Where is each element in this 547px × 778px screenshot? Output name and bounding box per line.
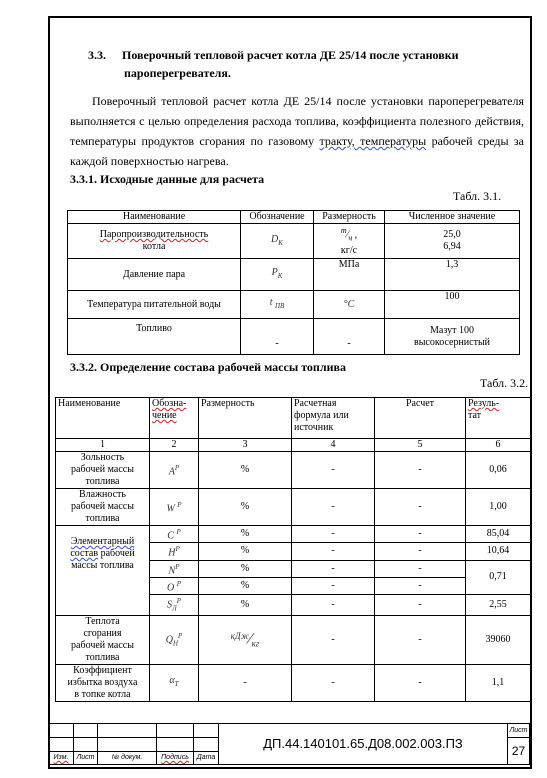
sheet-label: Лист: [508, 724, 530, 738]
table-row-carbon: Элементарный состав рабочей массы топлив…: [56, 526, 531, 543]
value-cell: Мазут 100высокосернистый: [385, 319, 520, 355]
value-line: 6,94: [387, 241, 517, 253]
sheet-number: 27: [508, 738, 530, 765]
stamp-table: ДП.44.140101.65.Д08.002.003.ПЗ Лист 27 И…: [48, 723, 530, 765]
header-cell: Резуль-тат: [466, 398, 531, 439]
stamp-cell: [157, 738, 194, 752]
calc-cell: -: [375, 489, 466, 526]
column-number: 6: [466, 439, 531, 452]
unit-cell: %: [199, 577, 292, 594]
header-line: Обозна-: [152, 398, 196, 410]
formula-cell: -: [292, 489, 375, 526]
stamp-label-signature: Подпись: [157, 752, 194, 765]
calc-cell: -: [375, 560, 466, 577]
column-number: 1: [56, 439, 150, 452]
symbol-cell: DК: [241, 224, 314, 259]
column-number: 3: [199, 439, 292, 452]
unit-cell: -: [199, 664, 292, 701]
name-line: рабочей массы: [58, 464, 147, 476]
symbol-sup: Р: [178, 632, 182, 640]
name-line: рабочей: [98, 548, 135, 559]
name-cell: Зольностьрабочей массытоплива: [56, 452, 150, 489]
name-line: рабочей массы: [58, 640, 147, 652]
calc-cell: -: [375, 664, 466, 701]
symbol-cell: AР: [150, 452, 199, 489]
name-cell: Давление пара: [68, 259, 241, 291]
name-line: топлива: [58, 476, 147, 488]
header-cell: Обозна-чение: [150, 398, 199, 439]
value-cell: 25,06,94: [385, 224, 520, 259]
stamp-cell: [49, 724, 74, 738]
header-cell: Наименование: [56, 398, 150, 439]
symbol-cell: O Р: [150, 577, 199, 594]
result-cell: 0,06: [466, 452, 531, 489]
name-cell: Топливо: [68, 319, 241, 355]
name-cell: Температура питательной воды: [68, 291, 241, 319]
stamp-label-date: Дата: [194, 752, 219, 765]
unit-cell: т⁄ч ,кг/с: [314, 224, 385, 259]
symbol-sup: Р: [175, 563, 179, 571]
symbol-cell: t ПВ: [241, 291, 314, 319]
value-cell: 1,3: [385, 259, 520, 291]
calc-cell: -: [375, 577, 466, 594]
table-fuel-composition: Наименование Обозна-чение Размерность Ра…: [55, 397, 531, 702]
symbol-cell: -: [241, 319, 314, 355]
result-cell-merged: 0,71: [466, 560, 531, 595]
table-row-ash: Зольностьрабочей массытоплива AР % - - 0…: [56, 452, 531, 489]
result-cell: 85,04: [466, 526, 531, 543]
symbol-sup: Р: [177, 580, 181, 588]
unit-cell: кДж⁄кг: [199, 615, 292, 664]
name-cell: Влажностьрабочей массытоплива: [56, 489, 150, 526]
header-cell: Расчетнаяформула илиисточник: [292, 398, 375, 439]
value-cell: 100: [385, 291, 520, 319]
table-header-row: Наименование Обозначение Размерность Чис…: [68, 211, 520, 224]
intro-paragraph: Поверочный тепловой расчет котла ДЕ 25/1…: [70, 91, 524, 171]
header-line: формула или: [294, 410, 372, 422]
result-cell: 10,64: [466, 543, 531, 560]
table-row: Давление пара PК МПа 1,3: [68, 259, 520, 291]
value-line: 25,0: [387, 229, 517, 241]
section-number: 3.3.: [88, 46, 122, 64]
header-cell: Обозначение: [241, 211, 314, 224]
stamp-label-doc-no: № докум.: [98, 752, 157, 765]
symbol-cell: αТ: [150, 664, 199, 701]
name-cell: Теплотасгораниярабочей массытоплива: [56, 615, 150, 664]
unit-cell: %: [199, 452, 292, 489]
name-line: в топке котла: [58, 689, 147, 701]
subsection-2-heading: 3.3.2. Определение состава рабочей массы…: [70, 360, 346, 375]
symbol-cell: C Р: [150, 526, 199, 543]
stamp-cell: [74, 724, 98, 738]
result-cell: 2,55: [466, 595, 531, 615]
stamp-cell: [74, 738, 98, 752]
symbol-sub: К: [278, 272, 283, 280]
name-line: Теплота: [58, 616, 147, 628]
stamp-cell: [98, 724, 157, 738]
name-line: Зольность: [58, 452, 147, 464]
header-cell: Численное значение: [385, 211, 520, 224]
table-row: Паропроизводительностькотла DК т⁄ч ,кг/с…: [68, 224, 520, 259]
header-cell: Размерность: [314, 211, 385, 224]
unit-num: т: [341, 226, 347, 235]
name-line: Влажность: [58, 489, 147, 501]
symbol: Q: [166, 634, 173, 645]
name-line: массы топлива: [58, 560, 147, 572]
calc-cell: -: [375, 615, 466, 664]
header-cell: Наименование: [68, 211, 241, 224]
unit-den: ч: [348, 234, 352, 243]
symbol-cell: PК: [241, 259, 314, 291]
name-line: избытка воздуха: [58, 677, 147, 689]
name-line: котла: [70, 241, 238, 253]
stamp-cell: [98, 738, 157, 752]
unit-cell: °C: [314, 291, 385, 319]
value-line: Мазут 100: [387, 325, 517, 337]
calc-cell: -: [375, 452, 466, 489]
unit-den: кг: [252, 638, 260, 648]
unit-cell: -: [314, 319, 385, 355]
section-title-line2: пароперегревателя.: [88, 64, 459, 82]
symbol-sup: Р: [175, 545, 179, 553]
symbol-sub: Н: [173, 639, 178, 647]
column-number: 5: [375, 439, 466, 452]
symbol-sub: Т: [175, 680, 179, 688]
table-row-heat: Теплотасгораниярабочей массытоплива QНР …: [56, 615, 531, 664]
stamp-cell: [49, 738, 74, 752]
table-initial-data: Наименование Обозначение Размерность Чис…: [67, 210, 520, 355]
name-cell-elemental: Элементарный состав рабочей массы топлив…: [56, 526, 150, 616]
name-line: Элементарный: [58, 536, 147, 548]
name-line: рабочей массы: [58, 501, 147, 513]
formula-cell: -: [292, 577, 375, 594]
header-line: источник: [294, 422, 372, 434]
section-heading: 3.3.Поверочный тепловой расчет котла ДЕ …: [88, 46, 459, 82]
name-line: сгорания: [58, 628, 147, 640]
table-row: Температура питательной воды t ПВ °C 100: [68, 291, 520, 319]
calc-cell: -: [375, 526, 466, 543]
table-row-excess-air: Коэффициентизбытка воздухав топке котла …: [56, 664, 531, 701]
result-cell: 39060: [466, 615, 531, 664]
unit-cell: %: [199, 560, 292, 577]
formula-cell: -: [292, 664, 375, 701]
symbol-cell: NР: [150, 560, 199, 577]
stamp-label-rev: Изм.: [49, 752, 74, 765]
formula-cell: -: [292, 526, 375, 543]
symbol-sup: Р: [177, 597, 181, 605]
header-cell: Размерность: [199, 398, 292, 439]
table-row: Топливо - - Мазут 100высокосернистый: [68, 319, 520, 355]
name-line: топлива: [58, 652, 147, 664]
calc-cell: -: [375, 595, 466, 615]
document-code: ДП.44.140101.65.Д08.002.003.ПЗ: [219, 724, 508, 765]
symbol-sup: Р: [176, 528, 180, 536]
name-cell: Паропроизводительностькотла: [68, 224, 241, 259]
column-number-row: 1 2 3 4 5 6: [56, 439, 531, 452]
section-title-line1: Поверочный тепловой расчет котла ДЕ 25/1…: [122, 48, 459, 62]
subsection-1-heading: 3.3.1. Исходные данные для расчета: [70, 172, 264, 187]
symbol-sub: Л: [172, 605, 177, 613]
symbol-cell: QНР: [150, 615, 199, 664]
header-line: чение: [152, 410, 196, 422]
name-line: Паропроизводительность: [70, 229, 238, 241]
unit-cell: %: [199, 526, 292, 543]
symbol: O: [167, 582, 174, 593]
unit-num: кДж: [231, 631, 249, 641]
table-1-label: Табл. 3.1.: [453, 189, 501, 204]
table-2-label: Табл. 3.2.: [480, 376, 528, 391]
unit-cell: МПа: [314, 259, 385, 291]
column-number: 2: [150, 439, 199, 452]
header-line: Расчетная: [294, 398, 372, 410]
symbol-sub: К: [278, 239, 283, 247]
header-line: тат: [468, 410, 528, 422]
stamp-cell: [194, 738, 219, 752]
formula-cell: -: [292, 595, 375, 615]
symbol-cell: W Р: [150, 489, 199, 526]
result-cell: 1,00: [466, 489, 531, 526]
symbol-cell: HР: [150, 543, 199, 560]
stamp-cell: [194, 724, 219, 738]
header-line: Резуль-: [468, 398, 528, 410]
unit-cell: %: [199, 543, 292, 560]
unit-cell: %: [199, 489, 292, 526]
value-line: высокосернистый: [387, 337, 517, 349]
symbol: C: [167, 530, 174, 541]
formula-cell: -: [292, 543, 375, 560]
name-line: топлива: [58, 513, 147, 525]
name-line: состав: [70, 548, 98, 559]
name-line: Коэффициент: [58, 665, 147, 677]
stamp-cell: [157, 724, 194, 738]
calc-cell: -: [375, 543, 466, 560]
result-cell: 1,1: [466, 664, 531, 701]
symbol: t: [270, 297, 273, 308]
formula-cell: -: [292, 615, 375, 664]
unit-cell: %: [199, 595, 292, 615]
symbol-sup: Р: [175, 464, 179, 472]
title-block-stamp: ДП.44.140101.65.Д08.002.003.ПЗ Лист 27 И…: [48, 723, 530, 765]
name-cell: Коэффициентизбытка воздухав топке котла: [56, 664, 150, 701]
table-row-moisture: Влажностьрабочей массытоплива W Р % - - …: [56, 489, 531, 526]
formula-cell: -: [292, 560, 375, 577]
table-header-row: Наименование Обозна-чение Размерность Ра…: [56, 398, 531, 439]
symbol-sub: ПВ: [275, 302, 284, 310]
symbol-sup: Р: [177, 501, 181, 509]
unit-line: кг/с: [316, 245, 382, 257]
spellcheck-squiggle-text: тракту, температуры: [320, 134, 427, 148]
stamp-label-sheet: Лист: [74, 752, 98, 765]
header-cell: Расчет: [375, 398, 466, 439]
column-number: 4: [292, 439, 375, 452]
symbol: W: [166, 503, 174, 514]
symbol-cell: SЛР: [150, 595, 199, 615]
formula-cell: -: [292, 452, 375, 489]
